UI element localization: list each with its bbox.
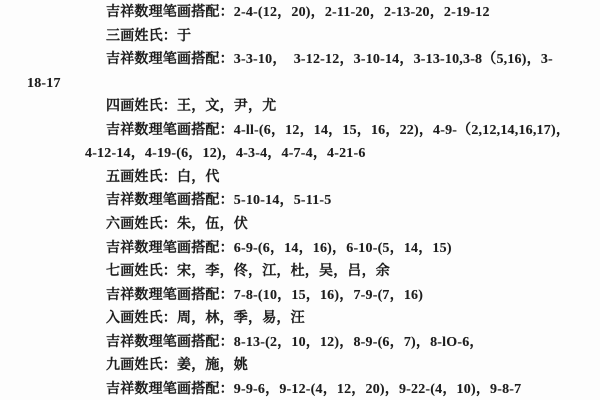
text-line: 吉祥数理笔画搭配：5-10-14，5-11-5 <box>106 192 331 210</box>
text-line: 吉祥数理笔画搭配：3-3-10， 3-12-12，3-10-14，3-13-10… <box>106 51 553 69</box>
text-line: 4-12-14，4-19-(6，12)，4-3-4，4-7-4，4-21-6 <box>85 145 366 163</box>
text-line: 吉祥数理笔画搭配：8-13-(2，10，12)，8-9-(6，7)，8-lO-6… <box>106 334 484 352</box>
text-line: 五画姓氏：白，代 <box>106 169 220 187</box>
text-line: 吉祥数理笔画搭配：6-9-(6，14，16)，6-10-(5，14，15) <box>106 240 452 258</box>
text-line: 吉祥数理笔画搭配：4-ll-(6，12，14，15，16，22)，4-9-（2,… <box>106 122 570 140</box>
text-line: 四画姓氏：王，文，尹，尤 <box>106 98 276 116</box>
text-line: 吉祥数理笔画搭配：7-8-(10，15，16)，7-9-(7，16) <box>106 287 423 305</box>
text-line: 九画姓氏：姜，施，姚 <box>106 357 248 375</box>
text-line: 六画姓氏：朱，伍，伏 <box>106 216 248 234</box>
text-line: 入画姓氏：周，林，季，易，汪 <box>106 310 305 328</box>
text-line: 七画姓氏：宋，李，佟，江，杜，吴，吕，余 <box>106 263 390 281</box>
text-line: 18-17 <box>27 75 61 93</box>
text-line: 吉祥数理笔画搭配：2-4-(12，20)，2-11-20，2-13-20，2-1… <box>106 4 490 22</box>
text-line: 三画姓氏：于 <box>106 28 191 46</box>
text-line: 吉祥数理笔画搭配：9-9-6，9-12-(4，12，20)，9-22-(4，10… <box>106 381 521 399</box>
document-page: 吉祥数理笔画搭配：2-4-(12，20)，2-11-20，2-13-20，2-1… <box>0 0 600 400</box>
